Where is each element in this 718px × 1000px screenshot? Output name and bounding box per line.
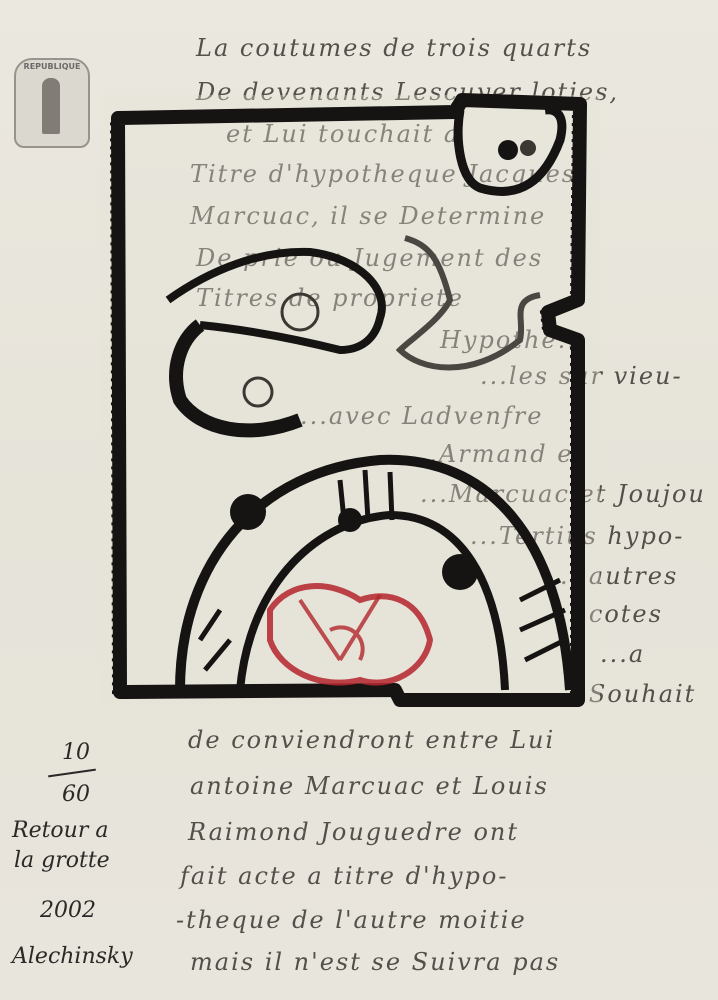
title-line-1: Retour a (12, 818, 108, 843)
artwork-sheet: REPUBLIQUE La coutumes de trois quarts D… (0, 0, 718, 1000)
edition-denominator: 60 (62, 782, 90, 807)
edition-numerator: 10 (62, 740, 90, 765)
title-line-2: la grotte (14, 848, 110, 873)
artist-signature: Alechinsky (12, 944, 133, 969)
year: 2002 (40, 898, 96, 923)
